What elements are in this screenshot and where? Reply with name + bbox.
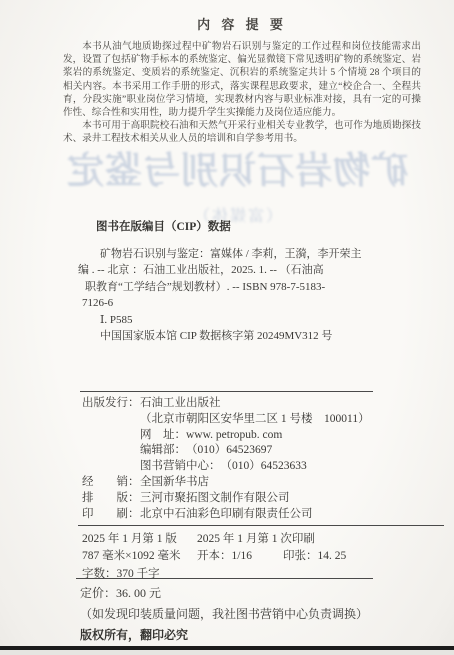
divider-bottom	[76, 578, 373, 579]
scan-background	[0, 650, 454, 655]
website-url: www. petropub. com	[186, 428, 282, 444]
impression: 2025 年 1 月第 1 次印刷	[197, 531, 315, 548]
price-section: 定价：36. 00 元 （如发现印装质量问题，我社图书营销中心负责调换） 版权所…	[80, 583, 434, 645]
publisher-info-section: 出版发行： 石油工业出版社 （北京市朝阳区安华里二区 1 号楼 100011） …	[82, 396, 424, 522]
cip-line: 职教育“工学结合”规划教材）. -- ISBN 978-7-5183-	[85, 279, 416, 296]
editorial-dept-phone: （010）64523697	[186, 443, 272, 459]
website-label: 网 址：	[140, 428, 186, 444]
printing-company-row: 印 刷： 北京中石油彩色印刷有限责任公司	[82, 507, 424, 523]
format-row: 787 毫米×1092 毫米 开本：1/16 印张：14. 25	[82, 548, 434, 565]
copyright-notice: 版权所有，翻印必究	[80, 625, 434, 646]
marketing-center-label: 图书营销中心：	[140, 459, 221, 475]
distribution-row: 经 销： 全国新华书店	[82, 475, 424, 491]
cip-heading: 图书在版编目（CIP）数据	[96, 219, 416, 236]
cip-record-number: 中国国家版本馆 CIP 数据核字第 20249MV312 号	[100, 328, 416, 345]
book-format: 开本：1/16	[197, 548, 283, 565]
marketing-center-phone: （010）64523633	[221, 459, 307, 475]
distribution-name: 全国新华书店	[140, 475, 209, 491]
price: 定价：36. 00 元	[80, 583, 434, 604]
publisher-label: 出版发行：	[82, 396, 140, 412]
printing-info-section: 2025 年 1 月第 1 版 2025 年 1 月第 1 次印刷 787 毫米…	[82, 531, 434, 583]
content-summary-section: 内 容 提 要 本书从油气地质勘探过程中矿物岩石识别与鉴定的工作过程和岗位技能需…	[63, 14, 421, 146]
publisher-address: （北京市朝阳区安华里二区 1 号楼 100011）	[140, 412, 370, 428]
cip-line: 矿物岩石识别与鉴定：富媒体 / 李莉，王漪，李开荣主	[100, 246, 416, 263]
typesetting-label: 排 版：	[82, 491, 140, 507]
edition-row: 2025 年 1 月第 1 版 2025 年 1 月第 1 次印刷	[82, 531, 434, 548]
cip-line: 7126-6	[82, 295, 416, 312]
edition: 2025 年 1 月第 1 版	[82, 531, 197, 548]
marketing-center-row: 图书营销中心： （010）64523633	[82, 459, 424, 475]
exchange-note: （如发现印装质量问题，我社图书营销中心负责调换）	[80, 604, 434, 625]
cip-classification: Ⅰ. P585	[100, 312, 416, 329]
cip-line: 编 . -- 北京 ：石油工业出版社，2025. 1. -- （石油高	[78, 262, 416, 279]
publisher-row: 出版发行： 石油工业出版社	[82, 396, 424, 412]
printing-company-label: 印 刷：	[82, 507, 140, 523]
printing-company-name: 北京中石油彩色印刷有限责任公司	[140, 507, 313, 523]
publisher-address-row: （北京市朝阳区安华里二区 1 号楼 100011）	[82, 412, 424, 428]
typesetting-company: 三河市聚拓图文制作有限公司	[140, 491, 290, 507]
website-row: 网 址： www. petropub. com	[82, 428, 424, 444]
printed-sheets: 印张：14. 25	[283, 548, 346, 565]
summary-heading: 内 容 提 要	[63, 14, 421, 33]
bleedthrough-title: 矿物岩石识别与鉴定	[50, 140, 424, 194]
cip-data-section: 图书在版编目（CIP）数据 矿物岩石识别与鉴定：富媒体 / 李莉，王漪，李开荣主…	[78, 219, 416, 345]
typesetting-row: 排 版： 三河市聚拓图文制作有限公司	[82, 491, 424, 507]
bleedthrough-mirrored-text: 矿物岩石识别与鉴定 （富媒体）	[50, 140, 424, 226]
sheet-size: 787 毫米×1092 毫米	[82, 548, 197, 565]
divider-middle	[78, 525, 444, 526]
editorial-dept-label: 编辑部：	[140, 443, 186, 459]
summary-paragraph-2: 本书可用于高职院校石油和天然气开采行业相关专业教学，也可作为地质勘探技术、录井工…	[63, 119, 421, 145]
book-copyright-page: 内 容 提 要 本书从油气地质勘探过程中矿物岩石识别与鉴定的工作过程和岗位技能需…	[0, 0, 454, 655]
word-count-row: 字数：370 千字	[82, 566, 434, 583]
publisher-name: 石油工业出版社	[140, 396, 221, 412]
word-count: 字数：370 千字	[82, 566, 160, 583]
editorial-dept-row: 编辑部： （010）64523697	[82, 443, 424, 459]
divider-top	[80, 391, 373, 392]
summary-paragraph-1: 本书从油气地质勘探过程中矿物岩石识别与鉴定的工作过程和岗位技能需求出发，设置了包…	[63, 40, 421, 119]
distribution-label: 经 销：	[82, 475, 140, 491]
